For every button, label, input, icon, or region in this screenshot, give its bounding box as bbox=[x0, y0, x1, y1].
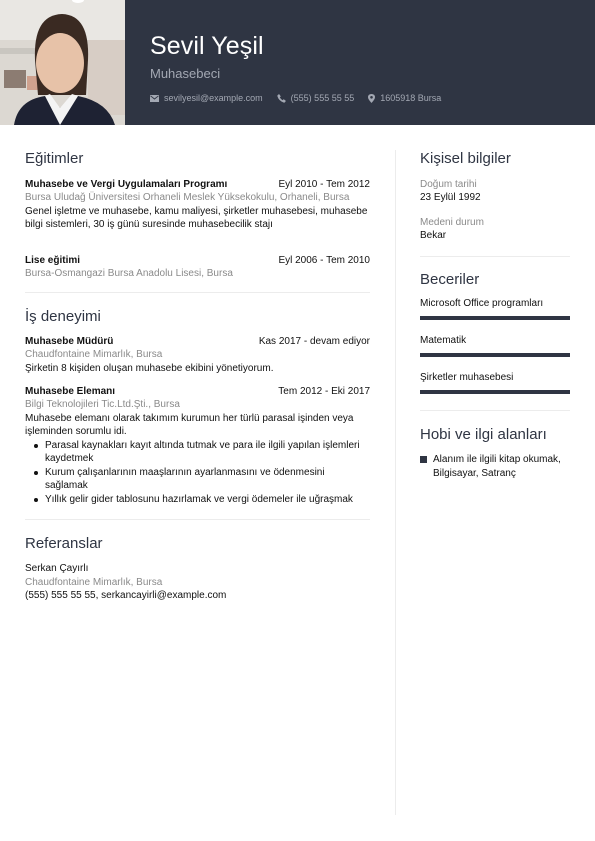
envelope-icon bbox=[150, 95, 159, 102]
section-title-education: Eğitimler bbox=[25, 150, 370, 168]
skill-name: Microsoft Office programları bbox=[420, 297, 570, 310]
phone-text: (555) 555 55 55 bbox=[291, 93, 355, 103]
education-description: Genel işletme ve muhasebe, kamu maliyesi… bbox=[25, 205, 370, 232]
contact-email[interactable]: sevilyesil@example.com bbox=[150, 93, 263, 103]
profile-photo bbox=[0, 0, 125, 125]
education-item: Muhasebe ve Vergi Uygulamaları Programı … bbox=[25, 178, 370, 232]
skill-item: Matematik bbox=[420, 334, 570, 357]
experience-role: Muhasebe Elemanı bbox=[25, 385, 115, 398]
address-text: 1605918 Bursa bbox=[380, 93, 441, 103]
contact-list: sevilyesil@example.com (555) 555 55 55 1… bbox=[150, 93, 455, 103]
candidate-title: Muhasebeci bbox=[150, 66, 220, 81]
marital-status-label: Medeni durum bbox=[420, 216, 570, 229]
experience-item: Muhasebe Müdürü Kas 2017 - devam ediyor … bbox=[25, 335, 370, 375]
section-divider bbox=[420, 410, 570, 411]
reference-item: Serkan Çayırlı Chaudfontaine Mimarlık, B… bbox=[25, 562, 370, 603]
square-bullet-icon bbox=[420, 456, 427, 463]
hobby-item: Alanım ile ilgili kitap okumak, Bilgisay… bbox=[420, 453, 570, 480]
experience-dates: Tem 2012 - Eki 2017 bbox=[278, 385, 370, 398]
skills-section: Beceriler Microsoft Office programları M… bbox=[420, 271, 570, 394]
skill-level-bar bbox=[420, 316, 570, 320]
personal-info-section: Kişisel bilgiler Doğum tarihi 23 Eylül 1… bbox=[420, 150, 570, 242]
experience-dates: Kas 2017 - devam ediyor bbox=[259, 335, 370, 348]
skill-level-fill bbox=[420, 353, 570, 357]
experience-role: Muhasebe Müdürü bbox=[25, 335, 113, 348]
sidebar-column: Kişisel bilgiler Doğum tarihi 23 Eylül 1… bbox=[420, 150, 570, 480]
section-title-hobbies: Hobi ve ilgi alanları bbox=[420, 426, 570, 444]
email-text: sevilyesil@example.com bbox=[164, 93, 263, 103]
skill-level-fill bbox=[420, 390, 570, 394]
candidate-name: Sevil Yeşil bbox=[150, 32, 264, 61]
hobbies-section: Hobi ve ilgi alanları Alanım ile ilgili … bbox=[420, 426, 570, 480]
reference-name: Serkan Çayırlı bbox=[25, 562, 370, 576]
education-section: Eğitimler Muhasebe ve Vergi Uygulamaları… bbox=[25, 150, 370, 280]
experience-item: Muhasebe Elemanı Tem 2012 - Eki 2017 Bil… bbox=[25, 385, 370, 506]
experience-company: Bilgi Teknolojileri Tic.Ltd.Şti., Bursa bbox=[25, 398, 370, 412]
skill-item: Şirketler muhasebesi bbox=[420, 371, 570, 394]
experience-section: İş deneyimi Muhasebe Müdürü Kas 2017 - d… bbox=[25, 308, 370, 506]
contact-phone[interactable]: (555) 555 55 55 bbox=[277, 93, 355, 103]
column-divider bbox=[395, 150, 396, 815]
birthdate-label: Doğum tarihi bbox=[420, 178, 570, 191]
skill-level-bar bbox=[420, 390, 570, 394]
section-divider bbox=[420, 256, 570, 257]
education-school: Bursa-Osmangazi Bursa Anadolu Lisesi, Bu… bbox=[25, 267, 370, 281]
experience-company: Chaudfontaine Mimarlık, Bursa bbox=[25, 348, 370, 362]
reference-contact: (555) 555 55 55, serkancayirli@example.c… bbox=[25, 589, 370, 603]
education-dates: Eyl 2010 - Tem 2012 bbox=[278, 178, 370, 191]
section-title-personal: Kişisel bilgiler bbox=[420, 150, 570, 168]
education-degree: Lise eğitimi bbox=[25, 254, 80, 267]
experience-bullets: Parasal kaynakları kayıt altında tutmak … bbox=[32, 439, 370, 507]
experience-description: Şirketin 8 kişiden oluşan muhasebe ekibi… bbox=[25, 362, 370, 376]
skill-level-fill bbox=[420, 316, 570, 320]
reference-company: Chaudfontaine Mimarlık, Bursa bbox=[25, 576, 370, 590]
bullet-item: Yıllık gelir gider tablosunu hazırlamak … bbox=[32, 493, 370, 507]
hobby-text: Alanım ile ilgili kitap okumak, Bilgisay… bbox=[433, 453, 570, 480]
experience-description: Muhasebe elemanı olarak takımım kurumun … bbox=[25, 412, 370, 439]
birthdate-value: 23 Eylül 1992 bbox=[420, 191, 570, 204]
skill-name: Matematik bbox=[420, 334, 570, 347]
education-degree: Muhasebe ve Vergi Uygulamaları Programı bbox=[25, 178, 227, 191]
phone-icon bbox=[277, 94, 286, 103]
references-section: Referanslar Serkan Çayırlı Chaudfontaine… bbox=[25, 535, 370, 603]
bullet-item: Parasal kaynakları kayıt altında tutmak … bbox=[32, 439, 370, 466]
education-item: Lise eğitimi Eyl 2006 - Tem 2010 Bursa-O… bbox=[25, 254, 370, 281]
section-divider bbox=[25, 292, 370, 293]
marital-status-value: Bekar bbox=[420, 229, 570, 242]
education-dates: Eyl 2006 - Tem 2010 bbox=[278, 254, 370, 267]
skill-item: Microsoft Office programları bbox=[420, 297, 570, 320]
resume-header: Sevil Yeşil Muhasebeci sevilyesil@exampl… bbox=[0, 0, 595, 125]
education-school: Bursa Uludağ Üniversitesi Orhaneli Mesle… bbox=[25, 191, 370, 205]
section-divider bbox=[25, 519, 370, 520]
section-title-references: Referanslar bbox=[25, 535, 370, 553]
bullet-item: Kurum çalışanlarının maaşlarının ayarlan… bbox=[32, 466, 370, 493]
skill-level-bar bbox=[420, 353, 570, 357]
map-pin-icon bbox=[368, 94, 375, 103]
section-title-skills: Beceriler bbox=[420, 271, 570, 289]
skill-name: Şirketler muhasebesi bbox=[420, 371, 570, 384]
main-column: Eğitimler Muhasebe ve Vergi Uygulamaları… bbox=[25, 150, 370, 603]
contact-address: 1605918 Bursa bbox=[368, 93, 441, 103]
section-title-experience: İş deneyimi bbox=[25, 308, 370, 326]
profile-photo-image bbox=[0, 0, 125, 125]
